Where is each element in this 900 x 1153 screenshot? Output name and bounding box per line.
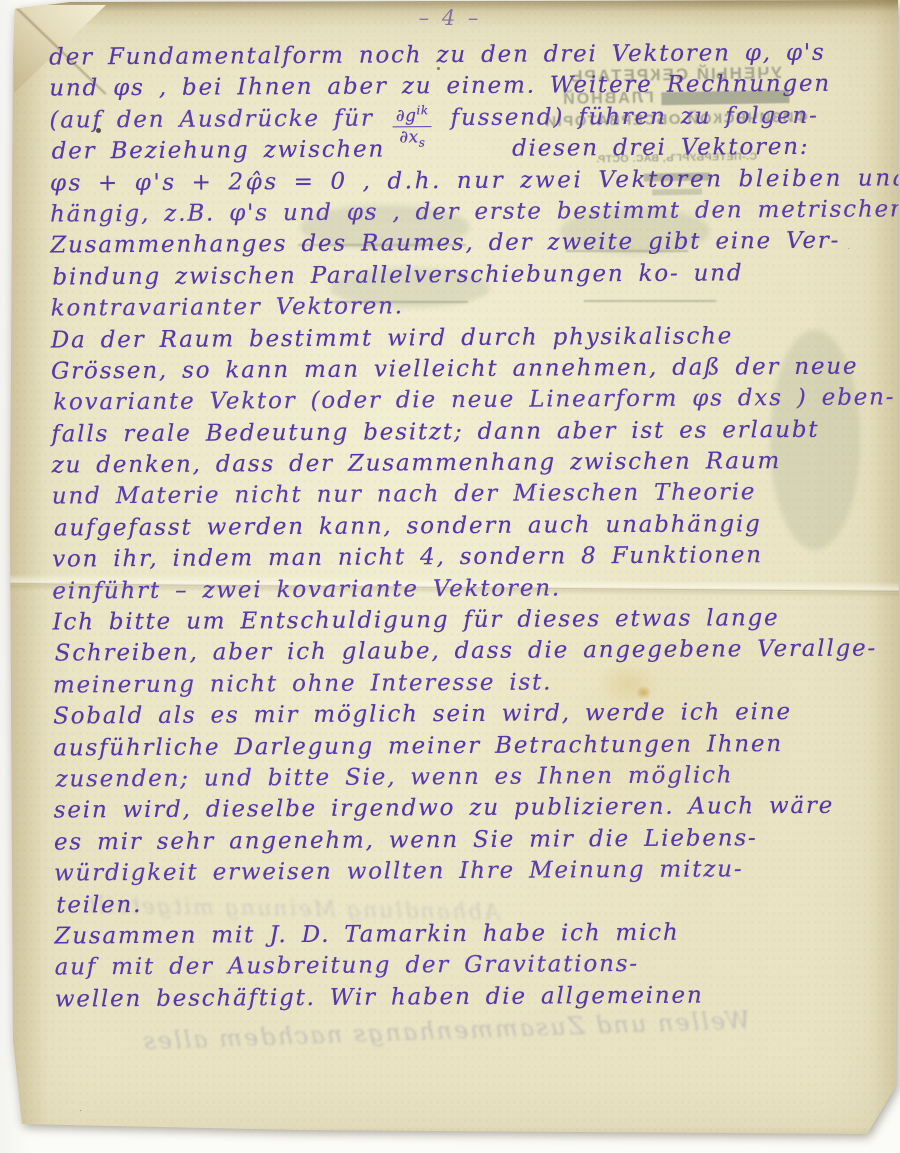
letter-line-20: Schreiben, aber ich glaube, dass die ang… — [55, 634, 875, 670]
letter-line-5: φs + φ's + 2φ̂s = 0 , d.h. nur zwei Vekt… — [50, 163, 870, 199]
letter-lines: der Fundamentalform noch zu den drei Vek… — [49, 38, 875, 1016]
formula-line-pre: (auf den Ausdrücke für — [49, 105, 387, 133]
letter-line-29: Zusammen mit J. D. Tamarkin habe ich mic… — [54, 916, 874, 952]
letter-line-2: und φs , bei Ihnen aber zu einem. Weiter… — [49, 69, 869, 105]
letter-line-4: der Beziehung zwischen diesen drei Vekto… — [52, 132, 872, 168]
letter-line-23: ausführliche Darlegung meiner Betrachtun… — [53, 728, 873, 764]
letter-line-12: kovariante Vektor (oder die neue Linearf… — [53, 383, 873, 419]
letter-line-6: hängig, z.B. φ's und φs , der erste best… — [50, 194, 870, 230]
letter-line-25: sein wird, dieselbe irgendwo zu publizie… — [54, 791, 874, 827]
letter-line-1: der Fundamentalform noch zu den drei Vek… — [49, 38, 869, 74]
letter-line-30: auf mit der Ausbreitung der Gravitations… — [55, 948, 875, 984]
letter-line-28: teilen. — [56, 885, 876, 921]
letter-line-10: Da der Raum bestimmt wird durch physikal… — [51, 320, 871, 356]
letter-line-13: falls reale Bedeutung besitzt; dann aber… — [51, 414, 871, 450]
letter-line-16: aufgefasst werden kann, sondern auch una… — [54, 508, 874, 544]
letter-line-22: Sobald als es mir möglich sein wird, wer… — [53, 697, 873, 733]
letter-line-31: wellen beschäftigt. Wir haben die allgem… — [55, 979, 875, 1015]
page-number: – 4 – — [0, 6, 900, 30]
letter-line-14: zu denken, dass der Zusammenhang zwische… — [52, 446, 872, 482]
letter-line-19: Ich bitte um Entschuldigung für dieses e… — [52, 603, 872, 639]
letter-line-9: kontravarianter Vektoren. — [51, 289, 871, 325]
letter-line-24: zusenden; und bitte Sie, wenn es Ihnen m… — [55, 759, 875, 795]
letter-line-18: einführt – zwei kovariante Vektoren. — [52, 571, 872, 607]
paper-wrapper: УЧЕНЫЙ СЕКРЕТАРЬ ГЛАВНОЙ ФИЗИЧЕСКОЙ ОБСЕ… — [0, 0, 900, 1153]
letter-paper: УЧЕНЫЙ СЕКРЕТАРЬ ГЛАВНОЙ ФИЗИЧЕСКОЙ ОБСЕ… — [0, 0, 900, 1153]
letter-line-26: es mir sehr angenehm, wenn Sie mir die L… — [54, 822, 874, 858]
letter-line-7: Zusammenhanges des Raumes, der zweite gi… — [50, 226, 870, 262]
letter-line-15: und Materie nicht nur nach der Mieschen … — [52, 477, 872, 513]
letter-line-21: meinerung nicht ohne Interesse ist. — [53, 665, 873, 701]
letter-line-3: (auf den Ausdrücke für ∂gik∂xs fussend) … — [49, 100, 869, 136]
letter-line-8: bindung zwischen Parallelverschiebungen … — [52, 257, 872, 293]
letter-line-17: von ihr, indem man nicht 4, sondern 8 Fu… — [52, 540, 872, 576]
letter-line-27: würdigkeit erweisen wollten Ihre Meinung… — [54, 854, 874, 890]
formula-line-post: fussend) führen zu folgen- — [437, 103, 819, 131]
letter-line-11: Grössen, so kann man vielleicht annehmen… — [51, 351, 871, 387]
